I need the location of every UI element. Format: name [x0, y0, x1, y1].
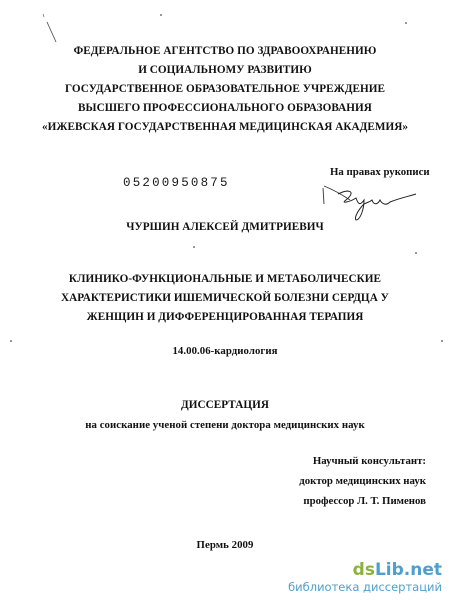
watermark-logo-lib: Lib.net: [375, 560, 442, 580]
title-line-2: ХАРАКТЕРИСТИКИ ИШЕМИЧЕСКОЙ БОЛЕЗНИ СЕРДЦ…: [0, 291, 450, 305]
header-line-4: ВЫСШЕГО ПРОФЕССИОНАЛЬНОГО ОБРАЗОВАНИЯ: [0, 101, 450, 115]
scan-dot: [441, 340, 443, 342]
watermark-logo: dsLib.net: [288, 560, 442, 580]
signature-icon: [320, 174, 420, 224]
header-line-3: ГОСУДАРСТВЕННОЕ ОБРАЗОВАТЕЛЬНОЕ УЧРЕЖДЕН…: [0, 82, 450, 96]
dslib-watermark[interactable]: dsLib.net библиотека диссертаций: [288, 560, 442, 594]
scan-artifact-mark: [40, 12, 60, 46]
title-line-3: ЖЕНЩИН И ДИФФЕРЕНЦИРОВАННАЯ ТЕРАПИЯ: [0, 310, 450, 324]
author-name: ЧУРШИН АЛЕКСЕЙ ДМИТРИЕВИЧ: [0, 220, 450, 234]
place-year: Пермь 2009: [0, 538, 450, 552]
watermark-subtitle: библиотека диссертаций: [288, 580, 442, 594]
scan-dot: [10, 340, 12, 342]
header-line-2: И СОЦИАЛЬНОМУ РАЗВИТИЮ: [0, 63, 450, 77]
scan-dot: [415, 252, 417, 254]
scan-dot: [160, 14, 162, 16]
specialty: 14.00.06-кардиология: [0, 344, 450, 358]
advisor-degree: доктор медицинских наук: [299, 474, 426, 488]
header-line-1: ФЕДЕРАЛЬНОЕ АГЕНТСТВО ПО ЗДРАВООХРАНЕНИЮ: [0, 44, 450, 58]
title-line-1: КЛИНИКО-ФУНКЦИОНАЛЬНЫЕ И МЕТАБОЛИЧЕСКИЕ: [0, 272, 450, 286]
work-type: ДИССЕРТАЦИЯ: [0, 398, 450, 412]
catalog-number: 05200950875: [123, 176, 230, 190]
document-page: ФЕДЕРАЛЬНОЕ АГЕНТСТВО ПО ЗДРАВООХРАНЕНИЮ…: [0, 0, 450, 604]
scan-dot: [193, 246, 195, 248]
advisor-label: Научный консультант:: [313, 454, 426, 468]
header-line-5: «ИЖЕВСКАЯ ГОСУДАРСТВЕННАЯ МЕДИЦИНСКАЯ АК…: [0, 120, 450, 134]
watermark-logo-ds: ds: [353, 560, 375, 580]
degree-line: на соискание ученой степени доктора меди…: [0, 418, 450, 432]
scan-dot: [405, 22, 407, 24]
advisor-name: профессор Л. Т. Пименов: [303, 494, 426, 508]
